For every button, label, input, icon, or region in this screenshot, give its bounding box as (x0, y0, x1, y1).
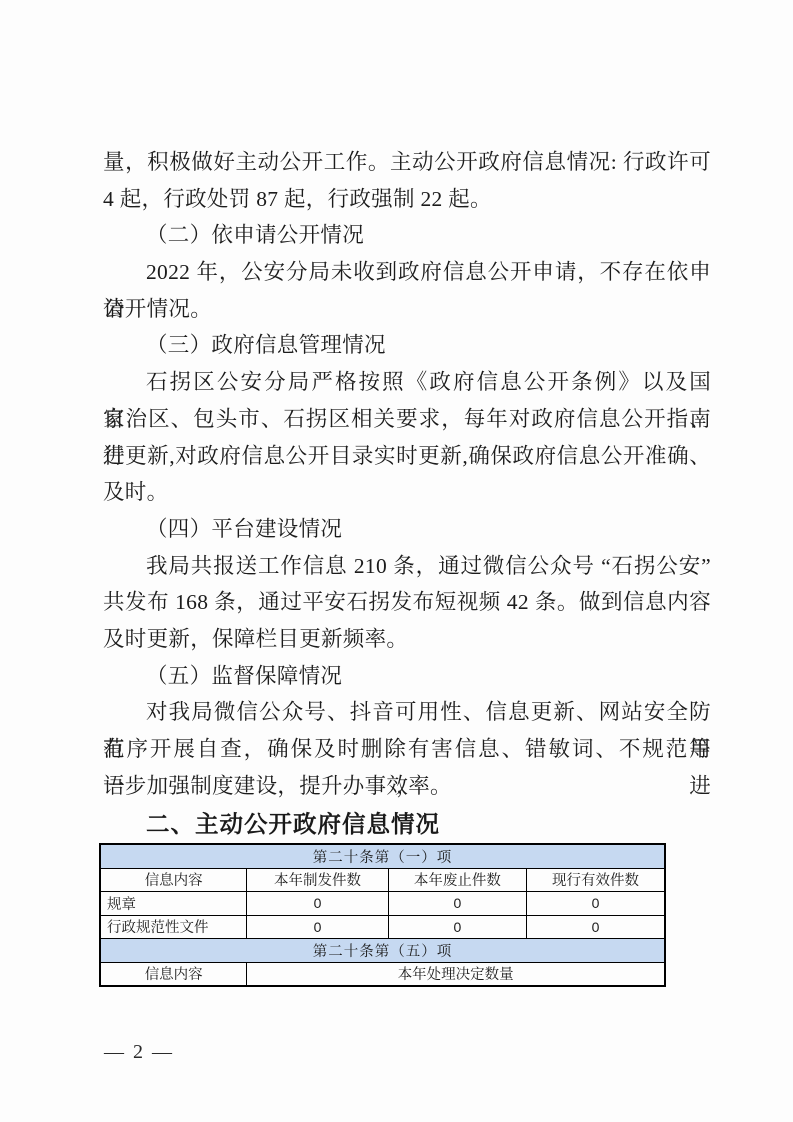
body-line: （二）依申请公开情况 (103, 217, 711, 254)
table-data-row: 规章000 (100, 892, 665, 916)
section-heading: 二、主动公开政府信息情况 (146, 807, 440, 841)
column-header-cell: 本年制发件数 (247, 868, 388, 892)
column-header-cell: 信息内容 (100, 868, 247, 892)
table-band-row: 第二十条第（一）项 (100, 844, 665, 868)
table-band-row: 第二十条第（五）项 (100, 939, 665, 963)
value-cell: 0 (527, 892, 665, 916)
body-line: 公开情况。 (103, 291, 711, 328)
document-page: 量，积极做好主动公开工作。主动公开政府信息情况: 行政许可4 起，行政处罚 87… (0, 0, 793, 1122)
column-header-cell: 本年废止件数 (388, 868, 526, 892)
value-cell: 0 (527, 915, 665, 939)
row-label-cell: 规章 (100, 892, 247, 916)
row-label-cell: 行政规范性文件 (100, 915, 247, 939)
value-cell: 0 (388, 892, 526, 916)
column-header-cell: 现行有效件数 (527, 868, 665, 892)
value-cell: 0 (247, 892, 388, 916)
column-header-cell: 信息内容 (100, 962, 247, 986)
body-line: 及时。 (103, 474, 711, 511)
disclosure-statistics-table: 第二十条第（一）项信息内容本年制发件数本年废止件数现行有效件数规章000行政规范… (99, 843, 666, 987)
band-cell: 第二十条第（五）项 (100, 939, 665, 963)
body-line: 行更新,对政府信息公开目录实时更新,确保政府信息公开准确、 (103, 438, 711, 475)
column-header-cell: 本年处理决定数量 (247, 962, 665, 986)
band-cell: 第二十条第（一）项 (100, 844, 665, 868)
page-number: — 2 — (104, 1041, 174, 1064)
table-data-row: 行政规范性文件000 (100, 915, 665, 939)
body-line: 对我局微信公众号、抖音可用性、信息更新、网站安全防范等 (103, 694, 711, 731)
value-cell: 0 (247, 915, 388, 939)
report-body: 量，积极做好主动公开工作。主动公开政府信息情况: 行政许可4 起，行政处罚 87… (103, 144, 711, 804)
body-line: 自治区、包头市、石拐区相关要求，每年对政府信息公开指南进 (103, 401, 711, 438)
table-header-row: 信息内容本年处理决定数量 (100, 962, 665, 986)
body-line: 2022 年，公安分局未收到政府信息公开申请，不存在依申请 (103, 254, 711, 291)
body-line: 有序开展自查，确保及时删除有害信息、错敏词、不规范用语，进 (103, 731, 711, 768)
body-line: 及时更新，保障栏目更新频率。 (103, 621, 711, 658)
body-line: （四）平台建设情况 (103, 511, 711, 548)
body-line: 石拐区公安分局严格按照《政府信息公开条例》以及国家、 (103, 364, 711, 401)
value-cell: 0 (388, 915, 526, 939)
body-line: （五）监督保障情况 (103, 658, 711, 695)
table-header-row: 信息内容本年制发件数本年废止件数现行有效件数 (100, 868, 665, 892)
body-line: 量，积极做好主动公开工作。主动公开政府信息情况: 行政许可 (103, 144, 711, 181)
body-line: 4 起，行政处罚 87 起，行政强制 22 起。 (103, 181, 711, 218)
body-line: 共发布 168 条，通过平安石拐发布短视频 42 条。做到信息内容 (103, 584, 711, 621)
body-line: （三）政府信息管理情况 (103, 327, 711, 364)
body-line: 我局共报送工作信息 210 条，通过微信公众号 “石拐公安” (103, 548, 711, 585)
